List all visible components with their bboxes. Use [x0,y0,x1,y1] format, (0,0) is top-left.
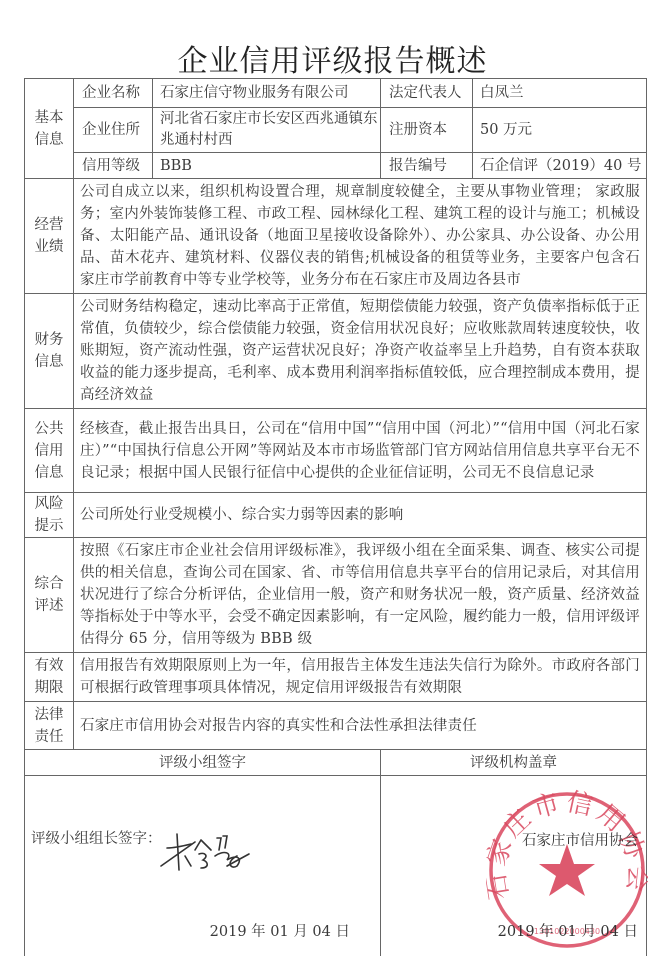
org-stamp-date: 2019 年 01 月 04 日 [498,921,638,943]
report-number: 石企信评（2019）40 号 [473,153,647,179]
basic-label-line2: 信息 [35,132,64,148]
report-table: 基本信息 企业名称 石家庄信守物业服务有限公司 法定代表人 白凤兰 企业住所 河… [24,78,647,956]
financial-info-text: 公司财务结构稳定，速动比率高于正常值，短期偿债能力较强，资产负债率指标低于正常值… [74,294,647,409]
business-performance-text: 公司自成立以来，组织机构设置合理，规章制度较健全，主要从事物业管理； 家政服务；… [74,179,647,294]
field-label: 报告编号 [381,153,473,179]
validity-text: 信用报告有效期限原则上为一年，信用报告主体发生违法失信行为除外。市政府各部门可根… [74,653,647,702]
credit-grade: BBB [153,153,381,179]
section-label-legal: 法律责任 [25,702,74,750]
public-credit-text: 经核查，截止报告出具日，公司在“信用中国”“信用中国（河北）”“信用中国（河北石… [74,409,647,493]
field-label: 注册资本 [381,108,473,153]
company-address: 河北省石家庄市长安区西兆通镇东兆通村村西 [153,108,381,153]
org-name: 石家庄市信用协会 [522,830,638,852]
team-signature-header: 评级小组签字 [25,750,381,776]
team-signature-cell: 评级小组组长签字： 2019 年 01 月 04 日 [25,776,381,956]
risk-text: 公司所处行业受规模小、综合实力弱等因素的影响 [74,493,647,538]
section-label-finance: 财务信息 [25,294,74,409]
leader-signature-label: 评级小组组长签字： [31,828,162,850]
section-label-basic: 基本信息 [25,79,74,179]
org-stamp-header: 评级机构盖章 [381,750,647,776]
field-label: 企业住所 [74,108,153,153]
section-label-validity: 有效期限 [25,653,74,702]
registered-capital: 50 万元 [473,108,647,153]
company-name: 石家庄信守物业服务有限公司 [153,79,381,108]
legal-responsibility-text: 石家庄市信用协会对报告内容的真实性和合法性承担法律责任 [74,702,647,750]
section-label-business: 经营业绩 [25,179,74,294]
field-label: 企业名称 [74,79,153,108]
section-label-public-credit: 公共信用信息 [25,409,74,493]
legal-representative: 白凤兰 [473,79,647,108]
section-label-summary: 综合评述 [25,538,74,653]
field-label: 信用等级 [74,153,153,179]
org-stamp-cell: 石家庄市信用协会 1301022000430 石家庄市信用协会 2019 年 0… [381,776,647,956]
handwritten-signature-icon [157,826,257,876]
team-sign-date: 2019 年 01 月 04 日 [210,921,350,943]
basic-label-line1: 基本 [35,110,64,126]
page-title: 企业信用评级报告概述 [0,36,665,80]
field-label: 法定代表人 [381,79,473,108]
section-label-risk: 风险提示 [25,493,74,538]
summary-text: 按照《石家庄市企业社会信用评级标准》，我评级小组在全面采集、调查、核实公司提供的… [74,538,647,653]
